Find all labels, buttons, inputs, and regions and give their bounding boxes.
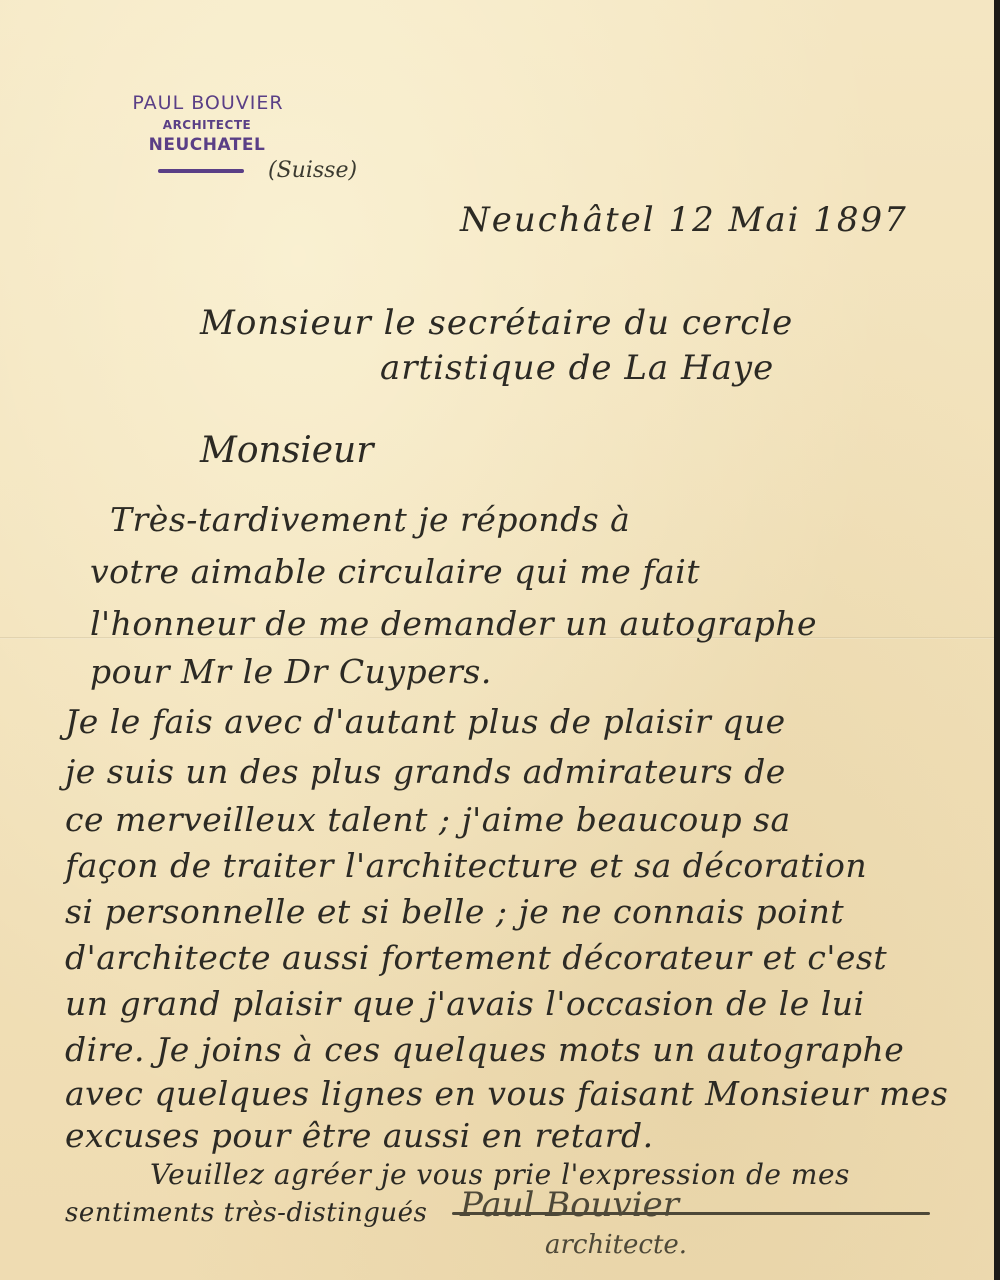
body-line: l'honneur de me demander un autographe [90, 604, 817, 643]
stamp-profession: ARCHITECTE [124, 118, 290, 132]
body-line: pour Mr le Dr Cuypers. [90, 652, 492, 691]
signature-title: architecte. [545, 1230, 687, 1260]
body-line: avec quelques lignes en vous faisant Mon… [65, 1074, 948, 1113]
body-line: d'architecte aussi fortement décorateur … [65, 938, 887, 977]
country-note: (Suisse) [268, 158, 357, 183]
addressee-line-2: artistique de La Haye [380, 348, 774, 388]
body-line: Je le fais avec d'autant plus de plaisir… [65, 702, 786, 741]
body-line: excuses pour être aussi en retard. [65, 1116, 654, 1155]
letterhead-stamp: PAUL BOUVIER ARCHITECTE NEUCHATEL [110, 92, 290, 173]
body-line: je suis un des plus grands admirateurs d… [65, 752, 786, 791]
body-line: façon de traiter l'architecture et sa dé… [65, 846, 867, 885]
body-line: votre aimable circulaire qui me fait [90, 552, 700, 591]
closing-line: sentiments très-distingués [65, 1198, 427, 1228]
body-line: si personnelle et si belle ; je ne conna… [65, 892, 844, 931]
stamp-city: NEUCHATEL [124, 135, 290, 155]
stamp-name: PAUL BOUVIER [126, 92, 290, 114]
salutation: Monsieur [200, 430, 373, 471]
scan-edge [994, 0, 1000, 1280]
body-line: dire. Je joins à ces quelques mots un au… [65, 1030, 904, 1069]
addressee-line-1: Monsieur le secrétaire du cercle [200, 303, 793, 343]
signature: Paul Bouvier [460, 1185, 679, 1225]
dateline: Neuchâtel 12 Mai 1897 [460, 200, 908, 240]
body-line: Très-tardivement je réponds à [110, 500, 630, 539]
stamp-underline [158, 169, 244, 173]
body-line: un grand plaisir que j'avais l'occasion … [65, 984, 865, 1023]
body-line: ce merveilleux talent ; j'aime beaucoup … [65, 800, 791, 839]
